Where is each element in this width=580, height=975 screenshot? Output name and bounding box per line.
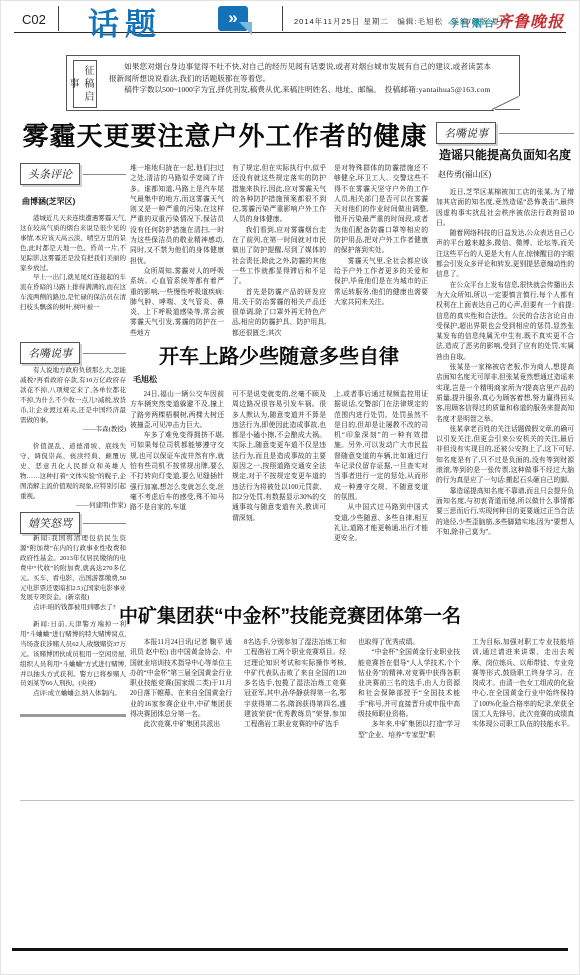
article2-column-2: 可不是说变就变的,丝毫不顾及周边路况很容易引发车祸。很多人默认为,随意变道并不算… [232, 390, 326, 588]
lead-column-0: 港城近几天来连续遭遇雾霾天气,这在较高气质的烟台来说是很少见的事情,本应该天高云… [20, 214, 126, 336]
page-number: C02 [22, 12, 46, 27]
article2-column-3: 上,或者事后通过视频监控用证据说话,交警部门在法律规定的范围内进行处罚。处罚虽然… [334, 390, 428, 588]
newspaper-page: C02 话题 » 2014年11月25日 星期二 编辑:毛旭松 美编/组版:夏坤… [0, 0, 580, 975]
section-lead-comment: 头条评论 [20, 163, 126, 185]
section-rule [83, 353, 126, 354]
lead-column-3: 是对特殊群体的防霾措施还不够健全,环卫工人、交警这些不得不在雾霾天坚守户外的工作… [334, 164, 428, 336]
lead-headline: 雾霾天更要注意户外工作者的健康 [18, 116, 432, 153]
article3-headline: 中矿集团获“中金杯”技能竞赛团体第一名 [58, 601, 522, 628]
quote-attribution: ——韦森(教授) [20, 425, 126, 435]
section-funny: 嬉笑怒骂 [20, 512, 126, 534]
section-rule [499, 133, 574, 134]
page-header: C02 话题 » 2014年11月25日 星期二 编辑:毛旭松 美编/组版:夏坤… [14, 5, 566, 33]
section-label: 嬉笑怒骂 [20, 512, 80, 534]
masthead-title: 齐鲁晚报 [496, 9, 564, 32]
section-rule [83, 174, 126, 175]
right-article-body: 近日,芝罘区某棉被加工店的张某,为了增加其店面的知名度,竟然造谣“恐怖袭击”,最… [436, 188, 574, 590]
lead-column-1: 堆一堆地归拢在一起,他们扫过之处,清洁的马路似乎宽阔了许多。谁都知道,马路上是汽… [130, 164, 224, 336]
lead-byline: 曲博涵(芝罘区) [22, 196, 75, 207]
double-chevron-icon: » [218, 6, 248, 31]
article3-column-1: 本报11月24日讯(记者 鞠平 通讯员 赵中松) 由中国黄金协会、中国就业培训技… [130, 638, 232, 794]
submission-notice-box: 征稿启事 如果您对烟台身边事觉得不吐不快,对自己的经历见闻有话要说,或者对烟台城… [66, 55, 520, 111]
fold-icon [239, 22, 252, 35]
article2-column-1: 24日,福山一辆公交车因前方车辆突然变道躲避不及,撞上了路旁两棵梧桐树,两棵大树… [130, 390, 224, 588]
left-column-divider [20, 714, 126, 717]
right-article-headline: 造谣只能提高负面知名度 [436, 146, 574, 163]
section-label: 头条评论 [20, 163, 80, 185]
quote-item: 有人说地方政府负债那么大,怎能减税?再看政府存款,有10万亿政府存款花不掉,八项… [20, 366, 126, 438]
header-divider [282, 6, 283, 31]
section-label: 名嘴说事 [20, 342, 80, 364]
section-label: 名嘴说事 [436, 122, 496, 144]
submission-para1: 如果您对烟台身边事觉得不吐不快,对自己的经历见闻有话要说,或者对烟台城市发展有自… [109, 61, 491, 84]
masthead-edition: 今日烟台 [448, 15, 496, 30]
submission-text: 如果您对烟台身边事觉得不吐不快,对自己的经历见闻有话要说,或者对烟台城市发展有自… [109, 61, 491, 96]
quote-item: 价值混乱、道德滑坡、底线失守、调侃崇高、亵渎经典、颠覆历史、恶意丑化人民群众和英… [20, 442, 126, 510]
section-right-quotes: 名嘴说事 [436, 122, 574, 144]
lead-column-2: 有了规定,但在实际执行中,似乎还没有就这些规定落实的防护措施来执行,因此,应对雾… [232, 164, 326, 336]
dogear-icon [494, 96, 520, 111]
funny-item: 新闻:日前,天津警方端掉一利用“斗蛐蛐”进行赌博的特大赌博窝点,当场查获涉赌人员… [20, 620, 126, 710]
page-bottom-rule [12, 948, 568, 951]
quote-attribution: ——何建明(作家) [20, 501, 126, 510]
submission-para2: 稿件字数以500~1000字为宜,择优刊发,稿费从优,来稿注明姓名、地址、邮编。 [124, 85, 377, 94]
submission-email: 投稿邮箱:yantaihua5@163.com [385, 85, 491, 94]
funny-comment: 点评:成立蛐蛐会,纳入体制内。 [20, 689, 126, 699]
section-quotes: 名嘴说事 [20, 342, 126, 364]
article2-byline: 毛旭松 [133, 374, 157, 385]
article3-column-2: 8名选手,分别参加了湿法冶炼工和工程凿岩工两个职业竞赛项目。经过理论知识考试和实… [244, 638, 346, 794]
article3-column-4: 工为目标,加强对职工专业技能培训,通过请进来讲课、走出去观摩、岗位练兵、以师带徒… [472, 638, 574, 794]
section-rule [83, 523, 126, 524]
section-title: 话题 [88, 0, 162, 44]
article3-column-3: 也取得了优秀成绩。 “中金杯”全国黄金行业职业技能竞赛旨在倡导“人人学技术,个个… [358, 638, 460, 794]
article2-headline: 开车上路少些随意多些自律 [130, 340, 428, 369]
submission-label: 征稿启事 [73, 60, 97, 108]
right-article-byline: 赵传勇(福山区) [438, 169, 491, 180]
bottom-article-divider [20, 800, 574, 801]
header-divider [58, 6, 59, 31]
